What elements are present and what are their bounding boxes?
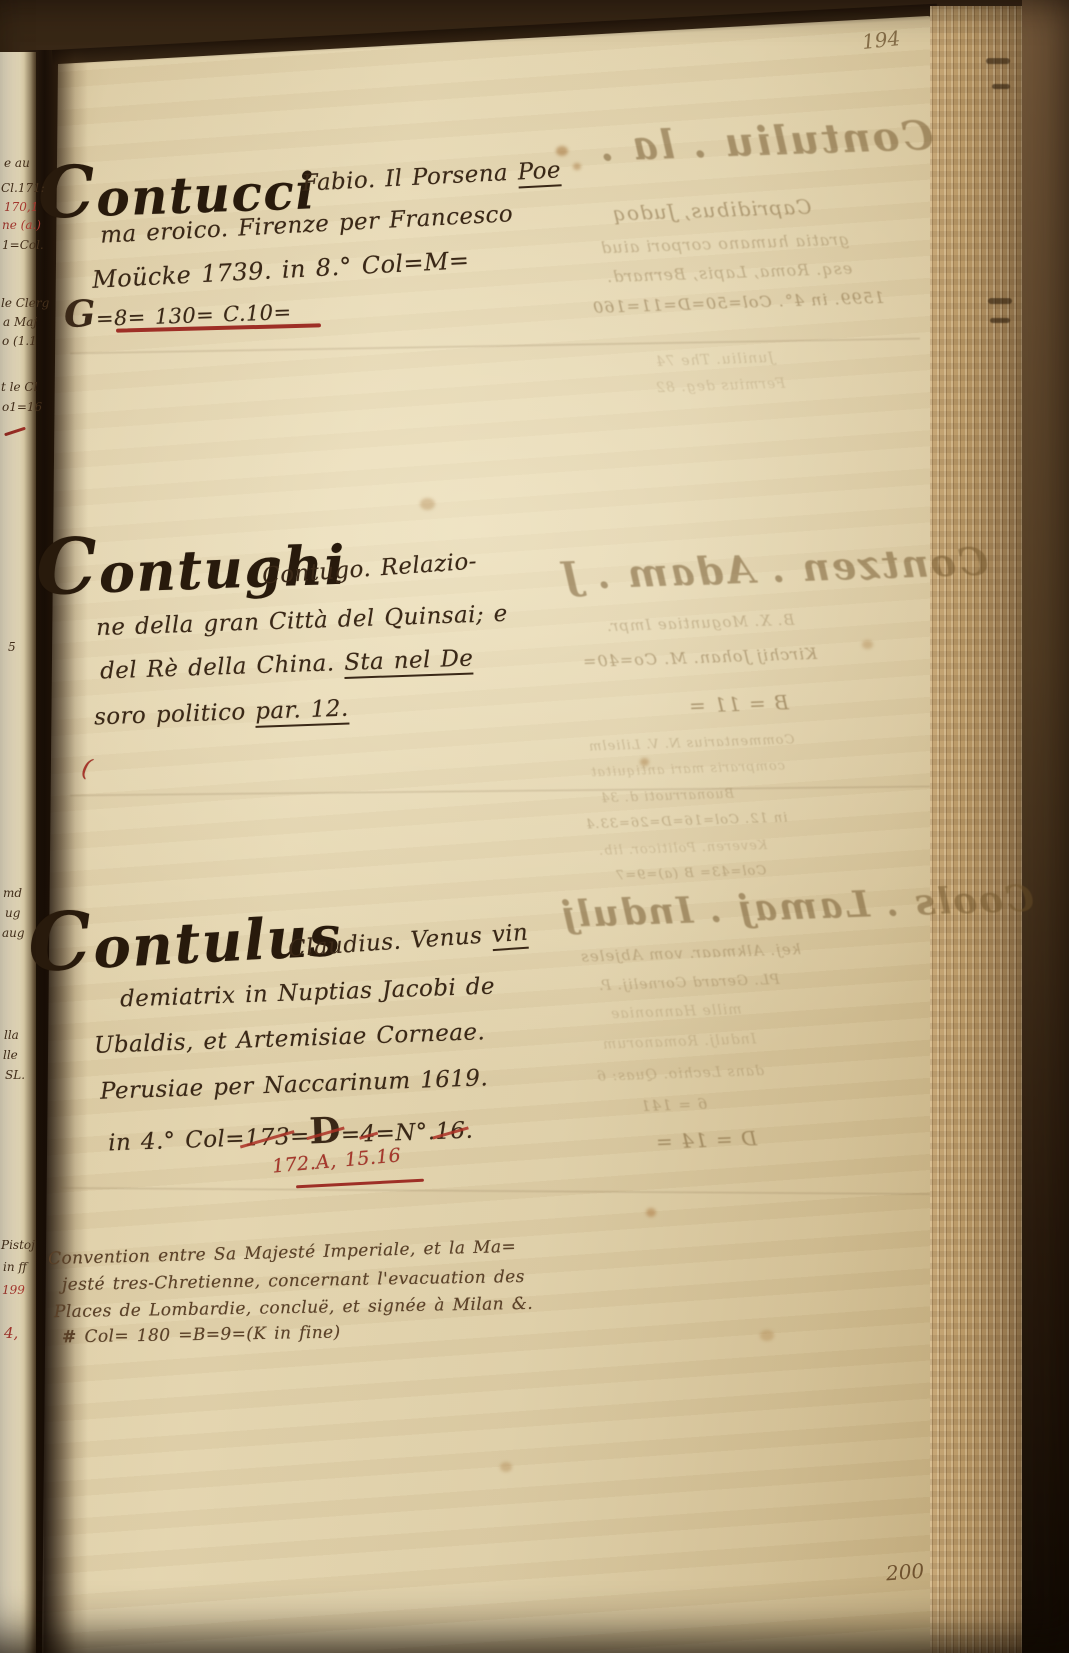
left-strip-fragment: o (1.1: [2, 334, 37, 348]
fore-edge-ink-mark: [992, 84, 1010, 89]
left-strip-fragment: o1=16: [2, 400, 42, 414]
left-strip-fragment: 5: [8, 640, 16, 654]
foxing-spot: [646, 1208, 656, 1217]
left-strip-fragment: SL.: [5, 1068, 25, 1082]
foxing-spot: [500, 1462, 512, 1472]
left-strip-fragment: Cl.171:: [1, 181, 45, 195]
book-fore-edge: [930, 6, 1030, 1653]
left-strip-fragment: md: [3, 886, 22, 900]
left-strip-fragment: t le Cl: [1, 380, 37, 394]
foxing-spot: [760, 1330, 774, 1341]
bleedthrough-line: 6 = 141: [640, 1095, 708, 1115]
left-strip-fragment: le Clerg: [1, 296, 49, 310]
right-page-stack-edge: [1022, 0, 1069, 1653]
entry-contulus-line1-underlined: vin: [491, 920, 529, 951]
shelfmark-struck-16: 16: [435, 1118, 466, 1145]
left-strip-fragment: in ff: [3, 1260, 27, 1274]
left-strip-fragment-red: 170,1: [4, 200, 38, 214]
left-strip-fragment: lle: [3, 1048, 18, 1062]
entry-contughi-line3-underlined: Sta nel De: [344, 645, 474, 678]
left-strip-fragment: lla: [4, 1028, 19, 1042]
bleedthrough-line: D = 14 =: [655, 1126, 758, 1154]
folio-number-bottom: 200: [885, 1559, 925, 1586]
shelfmark-initial-g: G: [63, 291, 96, 336]
left-strip-fragment: Pistoj: [1, 1238, 35, 1252]
shelfmark-struck-173: 173: [244, 1124, 290, 1152]
folio-number-top: 194: [861, 26, 901, 54]
left-strip-fragment: e au: [4, 156, 30, 170]
fore-edge-ink-mark: [986, 58, 1010, 64]
bleedthrough-line: B = 11 =: [688, 690, 790, 718]
left-strip-fragment-red: 199: [2, 1283, 25, 1297]
shelfmark-struck-4: 4: [360, 1121, 376, 1148]
manuscript-page: [0, 0, 1069, 1653]
fore-edge-ink-mark: [988, 298, 1012, 304]
manuscript-photo: 194 200 Contucci Fabio. Il Porsena Poe m…: [0, 0, 1069, 1653]
left-strip-fragment-red: ne (a.): [2, 218, 41, 232]
entry-contughi-line4-underlined: par. 12.: [255, 696, 349, 728]
foxing-spot: [556, 146, 568, 156]
foxing-spot: [862, 640, 873, 649]
fore-edge-ink-mark: [990, 318, 1010, 323]
left-strip-fragment-red: 4,: [4, 1324, 18, 1342]
note-crosshatch-mark: #: [62, 1327, 77, 1347]
left-strip-fragment: 1=Col.: [2, 238, 44, 252]
entry-contucci-line1-underlined: Poe: [517, 157, 562, 188]
left-strip-fragment: a Maj: [3, 315, 37, 329]
shelfmark-struck-D: D: [309, 1110, 342, 1152]
foxing-spot: [573, 163, 581, 170]
left-strip-fragment: ug: [5, 906, 20, 920]
left-strip-fragment: aug: [2, 926, 25, 940]
foxing-spot: [420, 498, 435, 510]
shelfmark-part: .: [465, 1118, 474, 1144]
shelfmark-part: =N°.: [375, 1119, 436, 1147]
shelfmark-part: in 4.° Col=: [108, 1126, 246, 1157]
